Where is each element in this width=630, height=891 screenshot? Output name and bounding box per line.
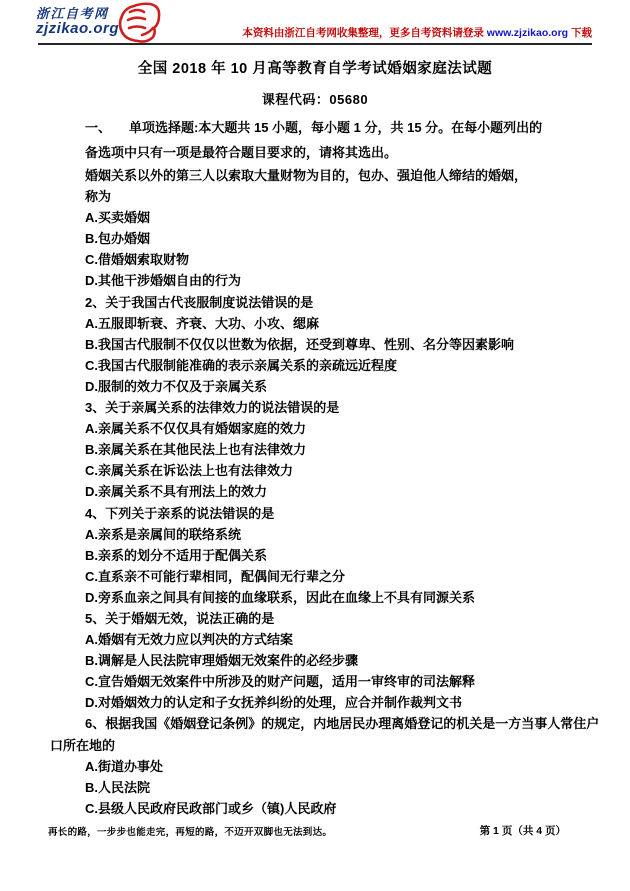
question-stem-line: 4、下列关于亲系的说法错误的是: [50, 503, 590, 524]
option: A.五服即斩衰、齐衰、大功、小攻、缌麻: [50, 313, 590, 334]
option: C.县级人民政府民政部门或乡（镇)人民政府: [50, 798, 590, 819]
option: D.其他干涉婚姻自由的行为: [50, 270, 590, 291]
option: B.调解是人民法院审理婚姻无效案件的必经步骤: [50, 650, 590, 671]
question-4: 4、下列关于亲系的说法错误的是A.亲系是亲属间的联络系统B.亲系的划分不适用于配…: [50, 503, 590, 608]
option: D.旁系血亲之间具有间接的血缘联系，因此在血缘上不具有同源关系: [50, 587, 590, 608]
question-1: 婚姻关系以外的第三人以索取大量财物为目的，包办、强迫他人缔结的婚姻，称为A.买卖…: [50, 165, 590, 292]
questions: 婚姻关系以外的第三人以索取大量财物为目的，包办、强迫他人缔结的婚姻，称为A.买卖…: [50, 165, 590, 819]
option: A.街道办事处: [50, 756, 590, 777]
course-code: 课程代码：05680: [0, 89, 630, 108]
option: D.对婚姻效力的认定和子女抚养纠纷的处理，应合并制作裁判文书: [50, 692, 590, 713]
document-title: 全国 2018 年 10 月高等教育自学考试婚姻家庭法试题: [0, 57, 630, 78]
option: A.婚姻有无效力应以判决的方式结案: [50, 629, 590, 650]
exam-document-page: { "header": { "logo": { "title": "浙江自考网"…: [0, 0, 630, 891]
page-number: 第 1 页（共 4 页）: [480, 823, 566, 838]
header-notice: 本资料由浙江自考网收集整理，更多自考资料请登录 www.zjzikao.org …: [242, 25, 592, 40]
question-stem-line: 称为: [50, 186, 590, 207]
option: A.买卖婚姻: [50, 207, 590, 228]
option: C.我国古代服制能准确的表示亲属关系的亲疏远近程度: [50, 355, 590, 376]
question-6: 6、根据我国《婚姻登记条例》的规定，内地居民办理离婚登记的机关是一方当事人常住户…: [50, 713, 590, 818]
question-5: 5、关于婚姻无效，说法正确的是A.婚姻有无效力应以判决的方式结案B.调解是人民法…: [50, 608, 590, 713]
logo-title: 浙江自考网: [36, 7, 119, 21]
option: B.人民法院: [50, 777, 590, 798]
notice-text-post: 下载: [568, 27, 592, 39]
question-stem-line: 婚姻关系以外的第三人以索取大量财物为目的，包办、强迫他人缔结的婚姻，: [50, 165, 590, 186]
option: D.亲属关系不具有刑法上的效力: [50, 481, 590, 502]
option: B.包办婚姻: [50, 228, 590, 249]
section-description: 本大题共 15 小题，每小题 1 分，共 15 分。在每小题列出的: [198, 120, 542, 135]
section-number: 一、: [85, 120, 111, 135]
question-3: 3、关于亲属关系的法律效力的说法错误的是A.亲属关系不仅仅具有婚姻家庭的效力B.…: [50, 397, 590, 502]
question-stem-line: 口所在地的: [50, 735, 590, 756]
option: A.亲系是亲属间的联络系统: [50, 524, 590, 545]
section-description-line2: 备选项中只有一项是最符合题目要求的，请将其选出。: [50, 140, 590, 165]
question-stem-line: 5、关于婚姻无效，说法正确的是: [50, 608, 590, 629]
question-2: 2、关于我国古代丧服制度说法错误的是A.五服即斩衰、齐衰、大功、小攻、缌麻B.我…: [50, 292, 590, 397]
logo-domain: zjzikao.org: [36, 21, 119, 38]
question-stem-line: 2、关于我国古代丧服制度说法错误的是: [50, 292, 590, 313]
document-body: 一、单项选择题:本大题共 15 小题，每小题 1 分，共 15 分。在每小题列出…: [50, 115, 590, 819]
header-divider-rule: [38, 43, 592, 45]
notice-url-link[interactable]: www.zjzikao.org: [487, 27, 568, 39]
option: D.服制的效力不仅及于亲属关系: [50, 376, 590, 397]
notice-text-pre: 本资料由浙江自考网收集整理，更多自考资料请登录: [242, 27, 486, 39]
question-stem-line: 3、关于亲属关系的法律效力的说法错误的是: [50, 397, 590, 418]
page-footer: 再长的路，一步步也能走完，再短的路，不迈开双脚也无法到达。 第 1 页（共 4 …: [48, 823, 566, 838]
option: C.直系亲不可能行辈相同，配偶间无行辈之分: [50, 566, 590, 587]
option: B.亲系的划分不适用于配偶关系: [50, 545, 590, 566]
section-heading: 一、单项选择题:本大题共 15 小题，每小题 1 分，共 15 分。在每小题列出…: [50, 115, 590, 140]
footer-motto: 再长的路，一步步也能走完，再短的路，不迈开双脚也无法到达。: [48, 824, 332, 838]
option: C.借婚姻索取财物: [50, 249, 590, 270]
option: C.亲属关系在诉讼法上也有法律效力: [50, 460, 590, 481]
option: C.宣告婚姻无效案件中所涉及的财产问题，适用一审终审的司法解释: [50, 671, 590, 692]
section-title: 单项选择题:: [129, 120, 198, 135]
question-stem-line: 6、根据我国《婚姻登记条例》的规定，内地居民办理离婚登记的机关是一方当事人常住户: [50, 713, 590, 734]
option: B.我国古代服制不仅仅以世数为依据，还受到尊卑、性别、名分等因素影响: [50, 334, 590, 355]
fist-seal-icon: [112, 0, 162, 44]
option: B.亲属关系在其他民法上也有法律效力: [50, 439, 590, 460]
option: A.亲属关系不仅仅具有婚姻家庭的效力: [50, 418, 590, 439]
site-logo: 浙江自考网 zjzikao.org: [36, 7, 119, 38]
